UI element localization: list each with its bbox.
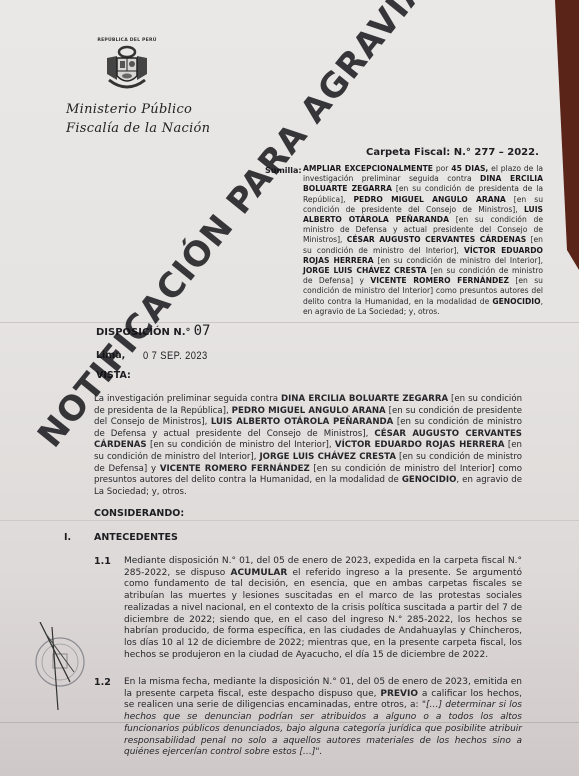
item-number: 1.1 [94, 556, 111, 567]
institution-line1: Ministerio Público [66, 100, 210, 119]
crest-arc-text: REPÚBLICA DEL PERÚ [92, 38, 162, 43]
antecedente-item: Mediante disposición N.° 01, del 05 de e… [124, 556, 522, 661]
date-stamp: 0 7 SEP. 2023 [143, 350, 208, 362]
item-number: 1.2 [94, 677, 111, 688]
paper-fold-line [0, 520, 579, 521]
section-title: ANTECEDENTES [94, 532, 178, 543]
paper-fold-line [0, 322, 579, 323]
considerando-heading: CONSIDERANDO: [94, 508, 184, 519]
coat-of-arms-icon [99, 44, 155, 94]
document-page: REPÚBLICA DEL PERÚ Ministerio Público Fi… [0, 0, 579, 776]
vista-paragraph: La investigación preliminar seguida cont… [94, 394, 522, 498]
institution-name: Ministerio Público Fiscalía de la Nación [66, 100, 210, 138]
sumilla-text: AMPLIAR EXCEPCIONALMENTE por 45 DIAS, el… [303, 164, 543, 317]
section-number: I. [64, 532, 71, 543]
official-seal-signature [32, 622, 88, 712]
institution-line2: Fiscalía de la Nación [66, 119, 210, 138]
peru-coat-of-arms-logo: REPÚBLICA DEL PERÚ [92, 38, 162, 94]
disposicion-number: 07 [194, 323, 211, 339]
carpeta-fiscal-number: Carpeta Fiscal: N.° 277 – 2022. [366, 147, 539, 158]
antecedente-item: En la misma fecha, mediante la disposici… [124, 677, 522, 759]
